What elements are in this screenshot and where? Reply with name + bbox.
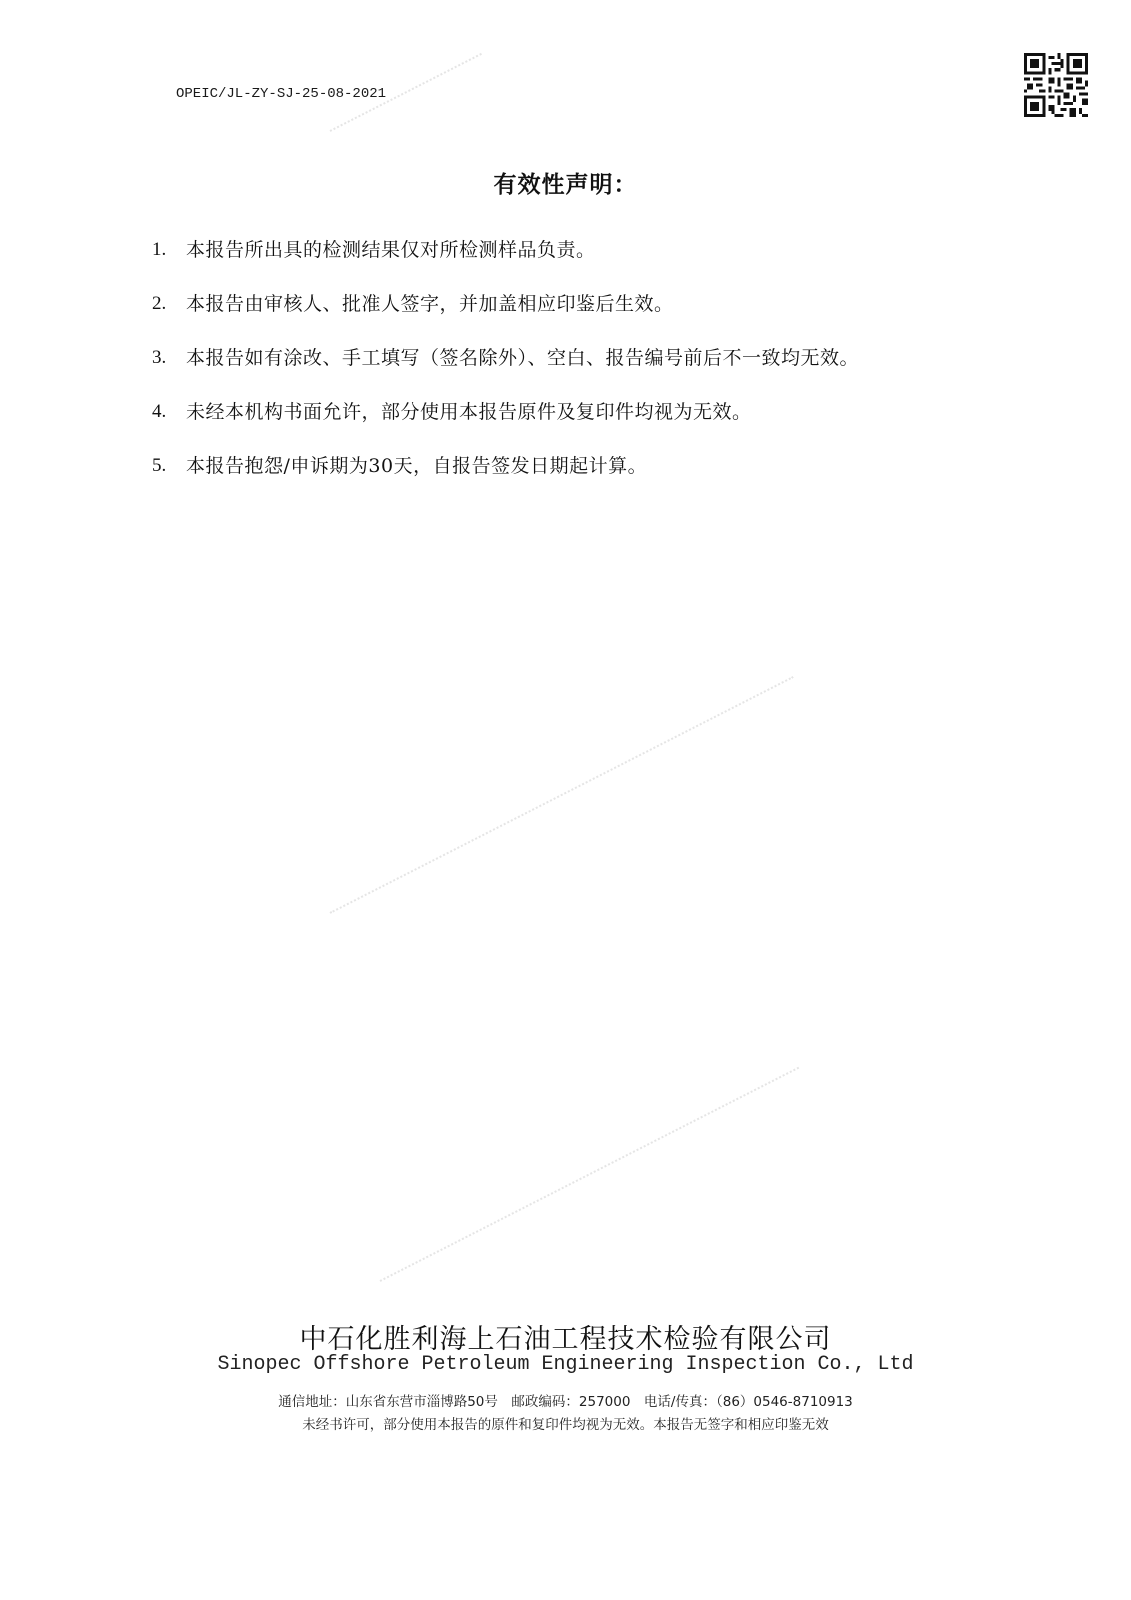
statement-text: 本报告如有涂改、手工填写（签名除外）、空白、报告编号前后不一致均无效。 — [186, 346, 859, 370]
statement-text: 本报告由审核人、批准人签字，并加盖相应印鉴后生效。 — [186, 292, 674, 316]
validity-statement-list: 1. 本报告所出具的检测结果仅对所检测样品负责。 2. 本报告由审核人、批准人签… — [152, 238, 859, 508]
statement-item: 3. 本报告如有涂改、手工填写（签名除外）、空白、报告编号前后不一致均无效。 — [152, 346, 859, 400]
statement-number: 2. — [152, 292, 186, 316]
statement-number: 1. — [152, 238, 186, 262]
statement-text: 本报告抱怨/申诉期为30天，自报告签发日期起计算。 — [186, 454, 647, 478]
page-title: 有效性声明： — [0, 166, 1131, 199]
watermark-trace — [330, 676, 794, 914]
document-code: OPEIC/JL-ZY-SJ-25-08-2021 — [176, 86, 386, 102]
company-name-cn: 中石化胜利海上石油工程技术检验有限公司 — [0, 1317, 1131, 1356]
statement-text: 未经本机构书面允许，部分使用本报告原件及复印件均视为无效。 — [186, 400, 752, 424]
statement-item: 5. 本报告抱怨/申诉期为30天，自报告签发日期起计算。 — [152, 454, 859, 508]
statement-item: 4. 未经本机构书面允许，部分使用本报告原件及复印件均视为无效。 — [152, 400, 859, 454]
watermark-trace — [380, 1067, 800, 1282]
statement-number: 3. — [152, 346, 186, 370]
statement-item: 1. 本报告所出具的检测结果仅对所检测样品负责。 — [152, 238, 859, 292]
company-contact-info: 通信地址：山东省东营市淄博路50号 邮政编码：257000 电话/传真：（86）… — [0, 1390, 1131, 1410]
company-name-en: Sinopec Offshore Petroleum Engineering I… — [0, 1353, 1131, 1376]
statement-item: 2. 本报告由审核人、批准人签字，并加盖相应印鉴后生效。 — [152, 292, 859, 346]
qr-code-icon — [1024, 53, 1088, 117]
statement-number: 4. — [152, 400, 186, 424]
statement-number: 5. — [152, 454, 186, 478]
statement-text: 本报告所出具的检测结果仅对所检测样品负责。 — [186, 238, 596, 262]
footer-notice: 未经书许可，部分使用本报告的原件和复印件均视为无效。本报告无签字和相应印鉴无效 — [0, 1413, 1131, 1433]
